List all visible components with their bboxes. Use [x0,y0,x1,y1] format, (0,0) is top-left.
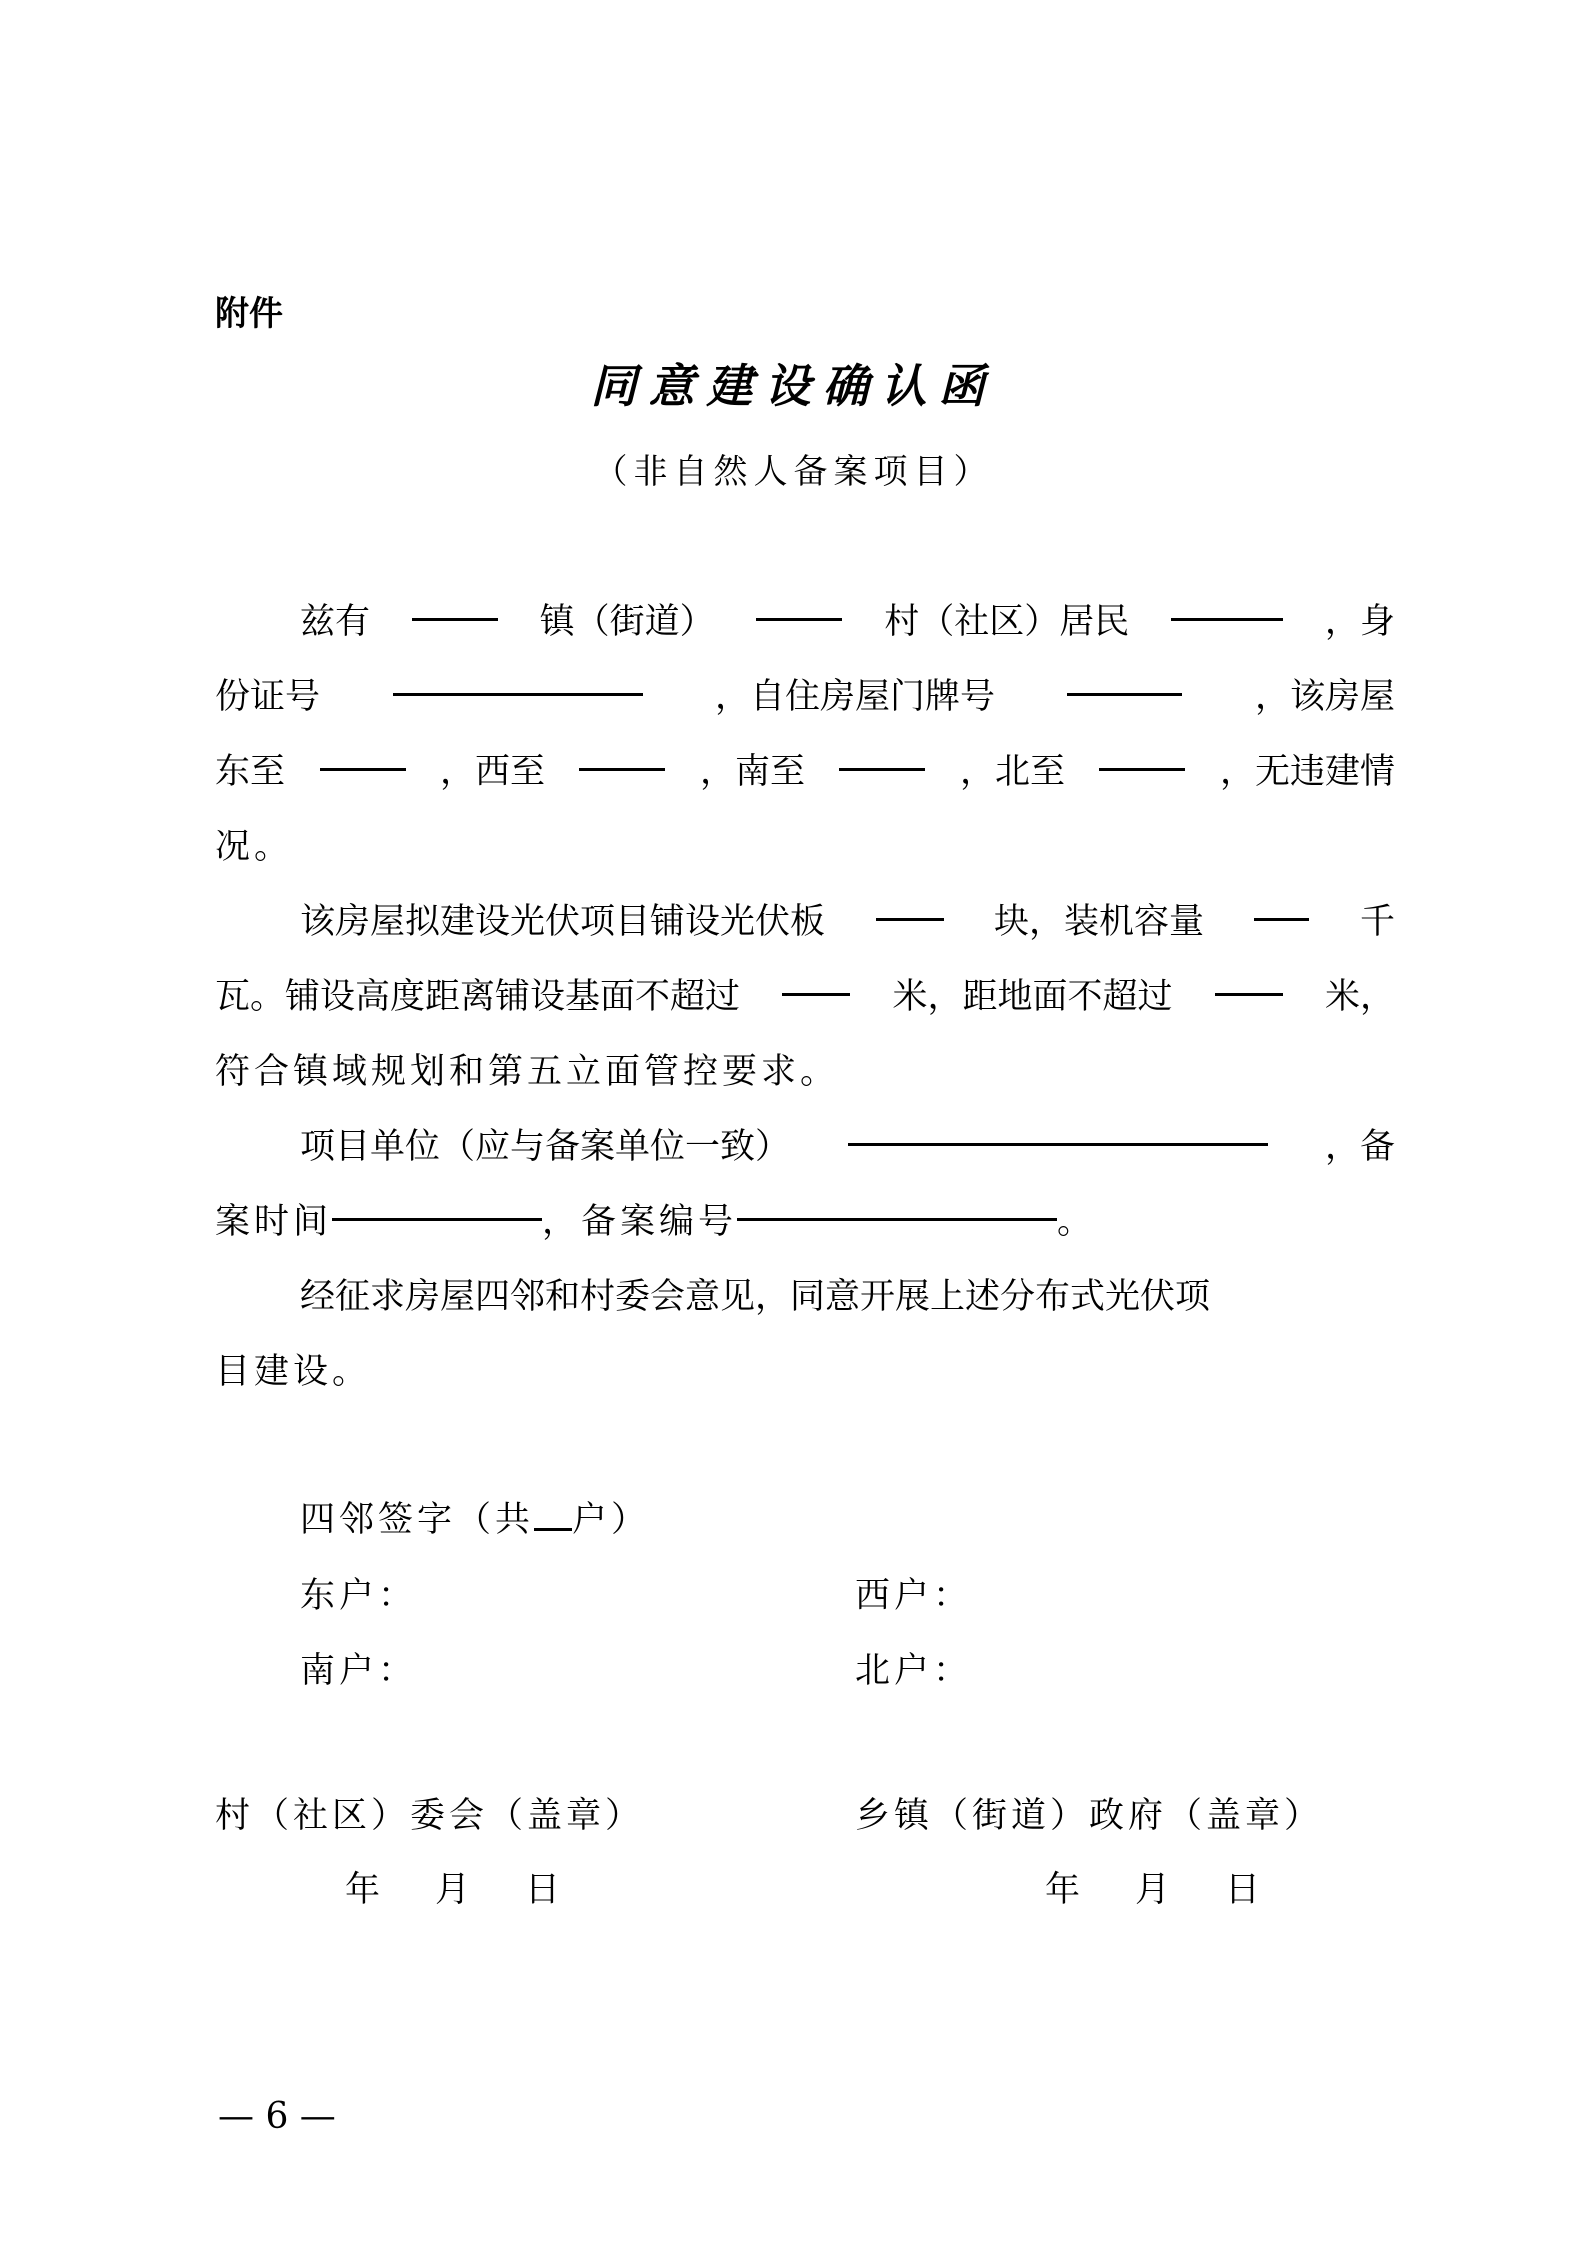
north-household-sign[interactable]: 北户： [855,1643,972,1693]
text: 况。 [215,810,293,885]
text: 块，装机容量 [994,885,1204,960]
household-count-blank[interactable] [534,1495,572,1531]
paragraph2-line2: 瓦。铺设高度距离铺设基面不超过 米，距地面不超过 米， [215,960,1395,1035]
ground-height-blank[interactable] [1215,960,1283,996]
date-left: 年 月 日 [345,1862,570,1912]
town-blank[interactable] [412,585,498,621]
town-government-seal: 乡镇（街道）政府（盖章） [855,1788,1323,1838]
north-boundary-blank[interactable] [1099,735,1185,771]
text: 符合镇域规划和第五立面管控要求。 [215,1035,839,1110]
paragraph1-line1: 兹有 镇（街道） 村（社区）居民 ，身 [300,585,1395,660]
attachment-label: 附件 [215,286,283,335]
text: 项目单位（应与备案单位一致） [300,1110,790,1185]
text: ，南至 [700,735,805,810]
west-household-sign[interactable]: 西户： [855,1568,972,1618]
text: 东至 [215,735,285,810]
text: 千 [1360,885,1395,960]
text: ，备 [1325,1110,1395,1185]
text: 经征求房屋四邻和村委会意见，同意开展上述分布式光伏项 [300,1260,1210,1335]
text: ，自住房屋门牌号 [715,660,995,735]
text: 四邻签字（共 [300,1500,534,1540]
paragraph2-line3: 符合镇域规划和第五立面管控要求。 [215,1035,1395,1110]
south-household-sign[interactable]: 南户： [300,1643,417,1693]
id-number-blank[interactable] [393,660,643,696]
date-right: 年 月 日 [1045,1862,1270,1912]
capacity-blank[interactable] [1254,885,1309,921]
text: ，西至 [440,735,545,810]
text: 该房屋拟建设光伏项目铺设光伏板 [300,885,825,960]
paragraph1-line4: 况。 [215,810,1395,885]
text: 镇（街道） [540,585,715,660]
paragraph1-line2: 份证号 ，自住房屋门牌号 ，该房屋 [215,660,1395,735]
resident-blank[interactable] [1171,585,1283,621]
text: 米，距地面不超过 [892,960,1172,1035]
text: 份证号 [215,660,320,735]
text: 瓦。铺设高度距离铺设基面不超过 [215,960,740,1035]
base-height-blank[interactable] [782,960,850,996]
text: 村（社区）居民 [884,585,1129,660]
filing-date-blank[interactable] [332,1185,542,1221]
text: ，该房屋 [1255,660,1395,735]
project-unit-blank[interactable] [848,1110,1268,1146]
paragraph2-line1: 该房屋拟建设光伏项目铺设光伏板 块，装机容量 千 [300,885,1395,960]
text: ，身 [1325,585,1395,660]
village-committee-seal: 村（社区）委会（盖章） [215,1788,644,1838]
panel-count-blank[interactable] [876,885,944,921]
text: 。 [1057,1185,1096,1260]
text: 兹有 [300,585,370,660]
text: 户） [572,1500,650,1540]
text: 目建设。 [215,1335,371,1410]
house-number-blank[interactable] [1067,660,1182,696]
paragraph3-line2: 案时间 ，备案编号 。 [215,1185,1395,1260]
paragraph4-line1: 经征求房屋四邻和村委会意见，同意开展上述分布式光伏项 [300,1260,1395,1335]
east-household-sign[interactable]: 东户： [300,1568,417,1618]
text: 案时间 [215,1185,332,1260]
text: ，无违建情 [1220,735,1395,810]
page-number: — 6 — [218,2096,336,2137]
east-boundary-blank[interactable] [320,735,406,771]
neighbors-signature-label: 四邻签字（共户） [300,1492,650,1542]
paragraph1-line3: 东至 ，西至 ，南至 ，北至 ，无违建情 [215,735,1395,810]
south-boundary-blank[interactable] [839,735,925,771]
paragraph3-line1: 项目单位（应与备案单位一致） ，备 [300,1110,1395,1185]
paragraph4-line2: 目建设。 [215,1335,1395,1410]
village-blank[interactable] [756,585,842,621]
text: 米， [1325,960,1395,1035]
west-boundary-blank[interactable] [579,735,665,771]
text: ，北至 [960,735,1065,810]
text: ，备案编号 [542,1185,737,1260]
document-title: 同意建设确认函 [0,350,1587,416]
filing-number-blank[interactable] [737,1185,1057,1221]
document-subtitle: （非自然人备案项目） [0,444,1587,493]
